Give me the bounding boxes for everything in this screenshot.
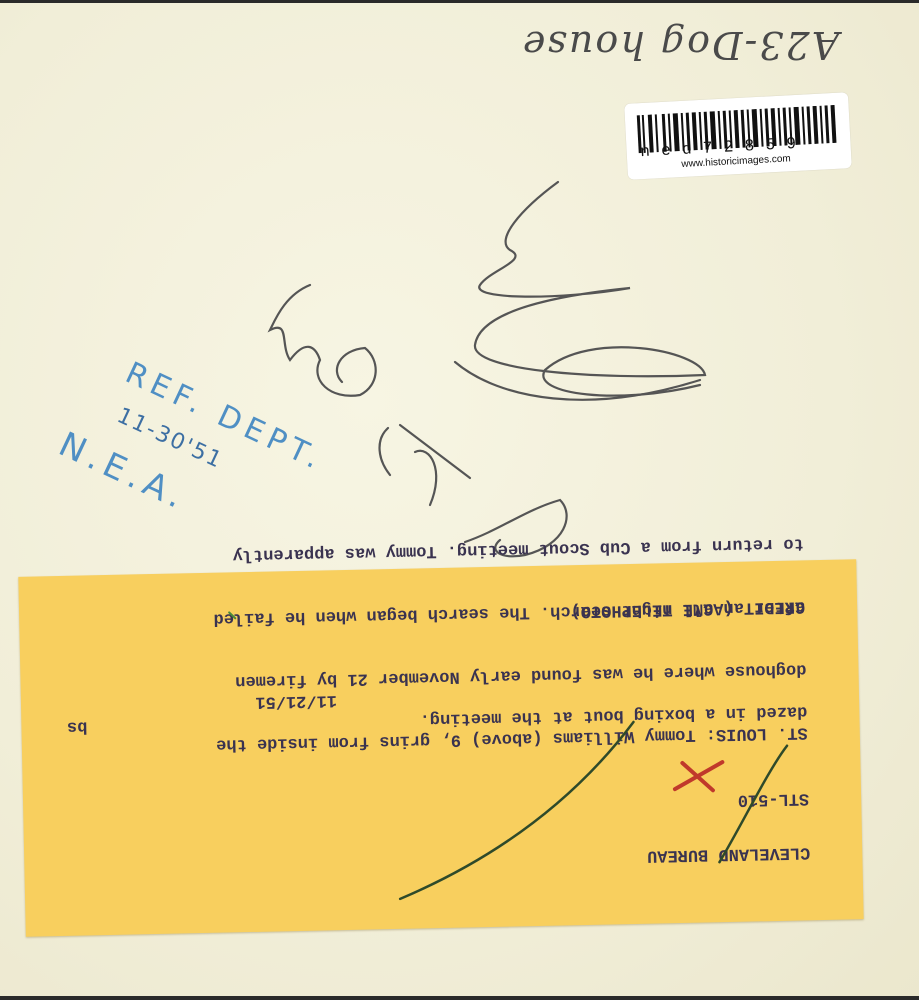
handwritten-reference: A23-Dog house: [500, 10, 860, 80]
pencil-marks-icon: [18, 559, 863, 936]
bottom-edge: [0, 996, 919, 1000]
barcode-label: ned72859 www.historicimages.com: [624, 92, 852, 180]
caption-slip: CLEVELAND BUREAU STL-510 ST. LOUIS: Tomm…: [18, 559, 863, 936]
top-edge: [0, 0, 919, 3]
